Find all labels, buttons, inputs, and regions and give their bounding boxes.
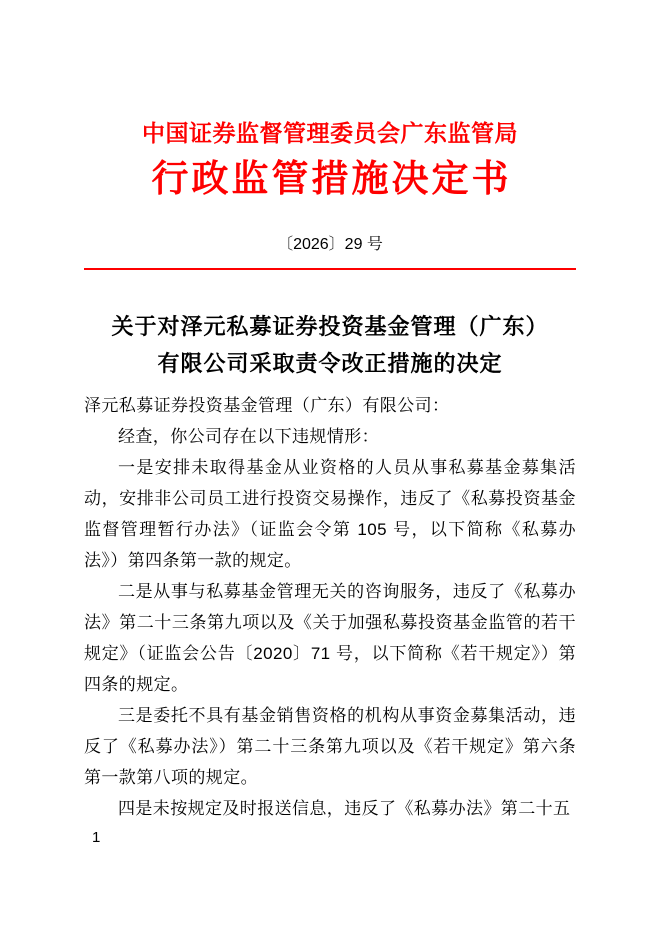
red-divider xyxy=(84,268,576,270)
document-body: 泽元私募证券投资基金管理（广东）有限公司： 经查，你公司存在以下违规情形： 一是… xyxy=(84,390,576,824)
document-page: 中国证券监督管理委员会广东监管局 行政监管措施决定书 〔2026〕29 号 关于… xyxy=(0,0,660,933)
document-type-title: 行政监管措施决定书 xyxy=(84,158,576,200)
page-number: 1 xyxy=(92,828,100,848)
document-title: 关于对泽元私募证券投资基金管理（广东） 有限公司采取责令改正措施的决定 xyxy=(84,308,576,382)
body-paragraph-intro: 经查，你公司存在以下违规情形： xyxy=(84,421,576,452)
title-line-2: 有限公司采取责令改正措施的决定 xyxy=(84,345,576,382)
body-paragraph-violation-1: 一是安排未取得基金从业资格的人员从事私募基金募集活动，安排非公司员工进行投资交易… xyxy=(84,452,576,576)
body-paragraph-violation-4: 四是未按规定及时报送信息，违反了《私募办法》第二十五 xyxy=(84,793,576,824)
title-line-1: 关于对泽元私募证券投资基金管理（广东） xyxy=(84,308,576,345)
issuer-name: 中国证券监督管理委员会广东监管局 xyxy=(84,118,576,148)
document-number: 〔2026〕29 号 xyxy=(84,236,576,254)
salutation: 泽元私募证券投资基金管理（广东）有限公司： xyxy=(84,390,576,421)
body-paragraph-violation-2: 二是从事与私募基金管理无关的咨询服务，违反了《私募办法》第二十三条第九项以及《关… xyxy=(84,576,576,700)
body-paragraph-violation-3: 三是委托不具有基金销售资格的机构从事资金募集活动，违反了《私募办法》）第二十三条… xyxy=(84,700,576,793)
